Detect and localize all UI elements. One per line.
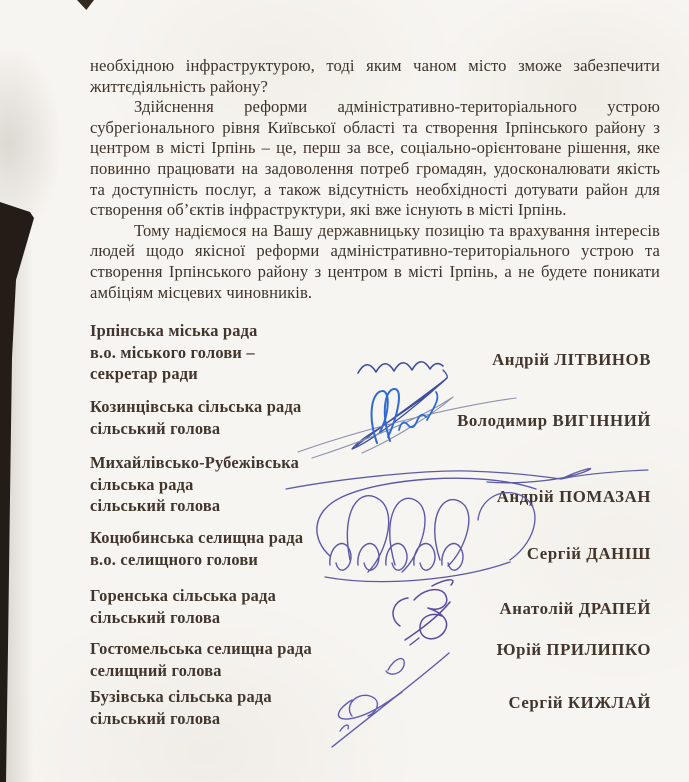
signatory-org: Бузівська сільська рада сільський голова xyxy=(90,686,272,729)
paragraph: Здійснення реформи адміністративно-терит… xyxy=(90,97,660,221)
paragraph: необхідною інфраструктурою, тоді яким ча… xyxy=(90,56,660,97)
signatory-name: Анатолій ДРАПЕЙ xyxy=(400,599,661,619)
signatory-name: Юрій ПРИЛИПКО xyxy=(400,640,665,660)
signatory-org-line: Михайлівсько-Рубежівська xyxy=(90,452,299,474)
signatory-org-line: секретар ради xyxy=(90,363,258,385)
signatory-org-line: сільська рада xyxy=(90,474,299,496)
signature-litvynov-ink xyxy=(352,362,447,449)
signatory-org-line: Козинцівська сільська рада xyxy=(90,396,301,418)
signatory-name: Сергій ДАНІШ xyxy=(400,544,664,564)
signatory-org-line: в.о. селищного голови xyxy=(90,549,303,571)
signature-pomazan-ink xyxy=(286,468,648,489)
letter-body: необхідною інфраструктурою, тоді яким ча… xyxy=(90,56,660,303)
signatory-org-line: селищний голова xyxy=(90,660,312,682)
scanned-letter-page: необхідною інфраструктурою, тоді яким ча… xyxy=(0,0,689,782)
signatory-org-line: Бузівська сільська рада xyxy=(90,686,272,708)
signatory-name: Андрій ПОМАЗАН xyxy=(400,487,672,507)
signatory-name: Андрій ЛІТВИНОВ xyxy=(400,350,664,370)
signatory-org: Ірпінська міська рада в.о. міського голо… xyxy=(90,320,258,385)
signatory-org-line: сільський голова xyxy=(90,708,272,730)
signatory-org: Коцюбинська селищна рада в.о. селищного … xyxy=(90,527,303,570)
signatory-org: Михайлівсько-Рубежівська сільська рада с… xyxy=(90,452,299,517)
signatory-org: Горенська сільська рада сільський голова xyxy=(90,585,276,628)
signatory-name: Володимир ВИГІННИЙ xyxy=(400,411,652,431)
signatory-org-line: Гостомельська селищна рада xyxy=(90,638,312,660)
signatory-org-line: Коцюбинська селищна рада xyxy=(90,527,303,549)
signatory-org: Козинцівська сільська рада сільський гол… xyxy=(90,396,301,439)
signatory-org: Гостомельська селищна рада селищний голо… xyxy=(90,638,312,681)
signatory-name: Сергій КИЖЛАЙ xyxy=(400,693,652,713)
signatory-org-line: Горенська сільська рада xyxy=(90,585,276,607)
signatory-org-line: сільський голова xyxy=(90,495,299,517)
signatory-org-line: Ірпінська міська рада xyxy=(90,320,258,342)
signatory-org-line: в.о. міського голови – xyxy=(90,342,258,364)
signatory-org-line: сільський голова xyxy=(90,418,301,440)
signatory-org-line: сільський голова xyxy=(90,607,276,629)
scan-background-left-edge xyxy=(0,198,46,782)
paragraph: Тому надіємося на Вашу державницьку пози… xyxy=(90,221,660,303)
scan-corner-mark-icon xyxy=(77,0,94,10)
